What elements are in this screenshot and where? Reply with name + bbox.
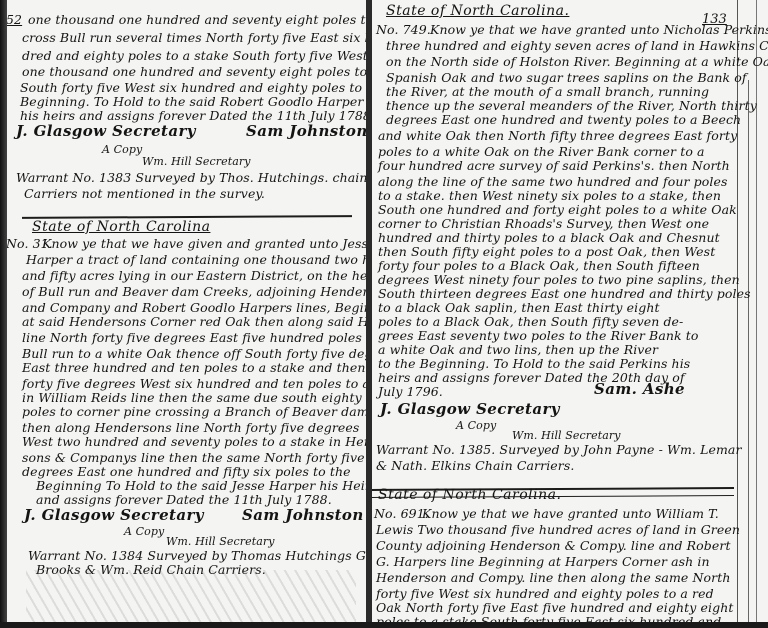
text-line: and white Oak then North fifty three deg… <box>378 128 737 143</box>
text-line: four hundred acre survey of said Perkins… <box>378 158 730 173</box>
text-line: East three hundred and ten poles to a st… <box>22 360 369 375</box>
text-line: line North forty five degrees East five … <box>22 330 369 345</box>
text-line: South forty five West six hundred and ei… <box>20 80 369 95</box>
text-line: degrees East one hundred and twenty pole… <box>386 112 741 127</box>
text-line: forty five West six hundred and eighty p… <box>376 586 714 601</box>
text-line: a white Oak and two lins, then up the Ri… <box>378 342 658 357</box>
text-line: Bull run to a white Oak thence off South… <box>22 346 369 361</box>
text-line: Know ye that we have granted unto Nichol… <box>430 22 768 37</box>
copy-label: A Copy <box>456 418 496 433</box>
governor-signature: Sam Johnston <box>242 508 364 523</box>
warrant-line: Carriers not mentioned in the survey. <box>24 186 265 201</box>
text-line: Oak North forty five East five hundred a… <box>376 600 733 615</box>
text-line: G. Harpers line Beginning at Harpers Cor… <box>376 554 710 569</box>
entry-heading: State of North Carolina <box>32 220 210 235</box>
copy-signature: Wm. Hill Secretary <box>512 428 621 443</box>
text-line: sons & Companys line then the same North… <box>22 450 365 465</box>
text-line: to the Beginning. To Hold to the said Pe… <box>378 356 690 371</box>
bottom-edge <box>0 622 768 628</box>
text-line: Beginning. To Hold to the said Robert Go… <box>20 94 363 109</box>
copy-signature: Wm. Hill Secretary <box>166 534 275 549</box>
entry-number: No. 749. <box>376 22 431 37</box>
entry-number: 52 <box>6 12 22 27</box>
text-line: thence up the several meanders of the Ri… <box>386 98 757 113</box>
text-line: July 1796. <box>378 384 443 399</box>
text-line: South thirteen degrees East one hundred … <box>378 286 751 301</box>
warrant-line: Warrant No. 1385. Surveyed by John Payne… <box>376 442 742 457</box>
governor-signature: Sam Johnston <box>246 124 368 139</box>
text-line: cross Bull run several times North forty… <box>22 30 369 45</box>
warrant-line: & Nath. Elkins Chain Carriers. <box>376 458 574 473</box>
text-line: poles to corner pine crossing a Branch o… <box>22 404 369 419</box>
secretary-signature: J. Glasgow Secretary <box>380 402 560 417</box>
entry-number: No. 691. <box>374 506 429 521</box>
text-line: poles to a Black Oak, then South fifty s… <box>378 314 683 329</box>
copy-label: A Copy <box>102 142 142 157</box>
left-page: 52 one thousand one hundred and seventy … <box>6 0 369 628</box>
copy-signature: Wm. Hill Secretary <box>142 154 251 169</box>
text-line: one thousand one hundred and seventy eig… <box>28 12 369 27</box>
entry-heading: State of North Carolina. <box>378 488 561 503</box>
text-line: his heirs and assigns forever Dated the … <box>20 108 369 123</box>
text-line: and fifty acres lying in our Eastern Dis… <box>22 268 369 283</box>
text-line: degrees East one hundred and fifty six p… <box>22 464 351 479</box>
text-line: forty five degrees West six hundred and … <box>22 376 369 391</box>
text-line: grees East seventy two poles to the Rive… <box>378 328 699 343</box>
text-line: then South fifty eight poles to a post O… <box>378 244 715 259</box>
text-line: County adjoining Henderson & Compy. line… <box>376 538 731 553</box>
secretary-signature: J. Glasgow Secretary <box>16 124 196 139</box>
text-line: to a black Oak saplin, then East thirty … <box>378 300 660 315</box>
ledger-spread: 52 one thousand one hundred and seventy … <box>0 0 768 628</box>
text-line: poles to a white Oak on the River Bank c… <box>378 144 705 159</box>
warrant-line: Brooks & Wm. Reid Chain Carriers. <box>36 562 266 577</box>
text-line: and assigns forever Dated the 11th July … <box>36 492 332 507</box>
copy-label: A Copy <box>124 524 164 539</box>
text-line: in William Reids line then the same due … <box>22 390 362 405</box>
entry-heading: State of North Carolina. <box>386 4 569 19</box>
warrant-line: Warrant No. 1383 Surveyed by Thos. Hutch… <box>16 170 368 185</box>
text-line: of Bull run and Beaver dam Creeks, adjoi… <box>22 284 369 299</box>
text-line: Beginning To Hold to the said Jesse Harp… <box>36 478 369 493</box>
text-line: Harper a tract of land containing one th… <box>26 252 369 267</box>
text-line: South one hundred and forty eight poles … <box>378 202 737 217</box>
text-line: along the line of the same two hundred a… <box>378 174 728 189</box>
text-line: corner to Christian Rhoads's Survey, the… <box>378 216 709 231</box>
text-line: three hundred and eighty seven acres of … <box>386 38 768 53</box>
text-line: and Company and Robert Goodlo Harpers li… <box>22 300 369 315</box>
secretary-signature: J. Glasgow Secretary <box>24 508 204 523</box>
warrant-line: Warrant No. 1384 Surveyed by Thomas Hutc… <box>28 548 369 563</box>
text-line: then along Hendersons line North forty f… <box>22 420 359 435</box>
text-line: Know ye that we have granted unto Willia… <box>422 506 719 521</box>
text-line: West two hundred and seventy poles to a … <box>22 434 369 449</box>
text-line: on the North side of Holston River. Begi… <box>386 54 768 69</box>
governor-signature: Sam. Ashe <box>594 382 685 397</box>
text-line: Know ye that we have given and granted u… <box>42 236 369 251</box>
text-line: the River, at the mouth of a small branc… <box>386 84 709 99</box>
text-line: one thousand one hundred and seventy eig… <box>22 64 369 79</box>
text-line: degrees West ninety four poles to two pi… <box>378 272 740 287</box>
right-page: 133 State of North Carolina. No. 749. Kn… <box>372 0 768 628</box>
margin-rules <box>737 0 768 628</box>
page-stain <box>26 570 356 628</box>
text-line: to a stake. then West ninety six poles t… <box>378 188 721 203</box>
text-line: Lewis Two thousand five hundred acres of… <box>376 522 740 537</box>
text-line: Spanish Oak and two sugar trees saplins … <box>386 70 747 85</box>
text-line: at said Hendersons Corner red Oak then a… <box>22 314 369 329</box>
text-line: Henderson and Compy. line then along the… <box>376 570 731 585</box>
text-line: dred and eighty poles to a stake South f… <box>22 48 369 63</box>
left-edge <box>0 0 7 628</box>
text-line: forty four poles to a Black Oak, then So… <box>378 258 700 273</box>
text-line: hundred and thirty poles to a black Oak … <box>378 230 720 245</box>
